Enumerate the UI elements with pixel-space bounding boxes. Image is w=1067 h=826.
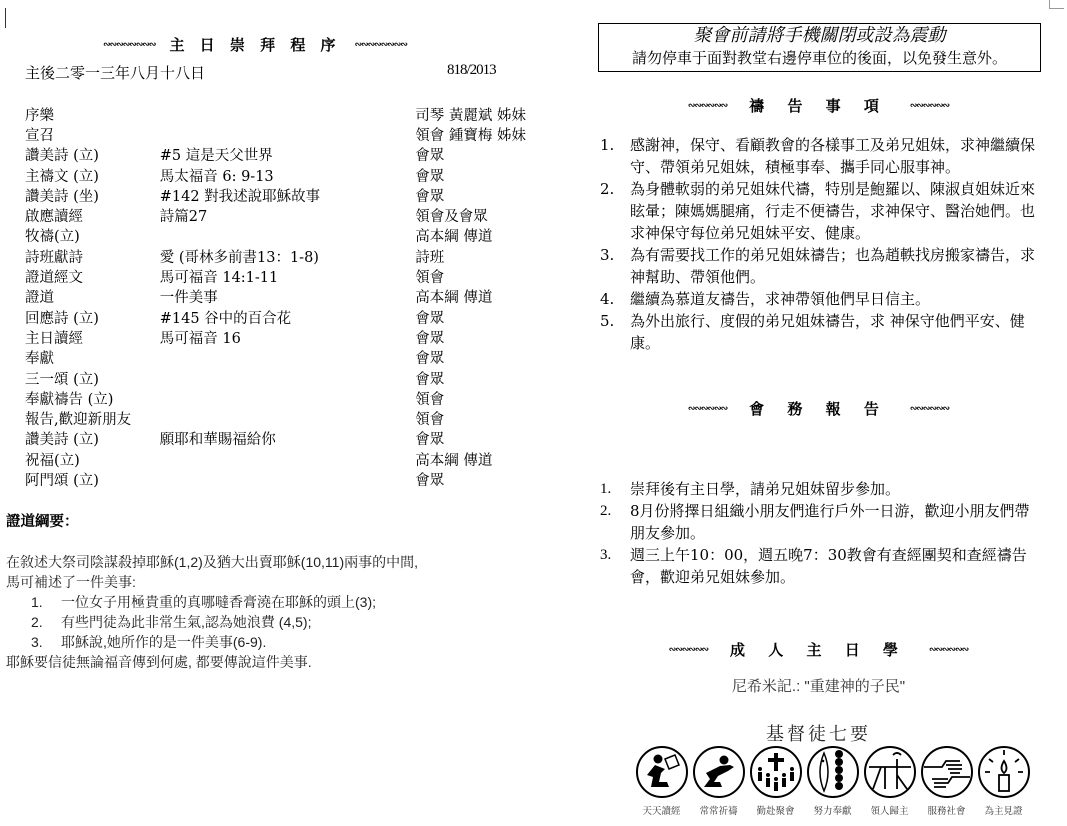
prayer-item: 3.為有需要找工作的弟兄姐妹禱告；也為趙軼找房搬家禱告，求神幫助、帶領他們。 bbox=[600, 244, 1040, 288]
ornament-divider-icon: ∾∾∾∾∾∾ bbox=[910, 404, 949, 414]
program-content: #142 對我述說耶穌故事 bbox=[160, 185, 416, 206]
news-item: 3.週三上午10：00，週五晚7：30教會有查經團契和查經禱告會，歡迎弟兄姐妹參… bbox=[600, 544, 1040, 588]
program-leader: 領會 鍾寶梅 姊妹 bbox=[415, 124, 545, 145]
program-leader: 高本綱 傳道 bbox=[415, 449, 545, 470]
essential-item: 常常祈禱 bbox=[691, 745, 746, 817]
prayer-item: 2.為身體軟弱的弟兄姐妹代禱，特別是鮑羅以、陳淑貞姐妹近來眩暈；陳媽媽腿痛，行走… bbox=[600, 178, 1040, 244]
program-row: 讚美詩 (立)#5 這是天父世界會眾 bbox=[25, 145, 545, 165]
sunday-school-subtitle: 尼希米記.: "重建神的子民" bbox=[598, 675, 1039, 696]
essential-item: 為主見證 bbox=[976, 745, 1031, 817]
program-item: 證道經文 bbox=[25, 266, 160, 287]
page-corner-mark bbox=[1049, 0, 1064, 9]
program-row: 宣召領會 鍾寶梅 姊妹 bbox=[25, 124, 545, 144]
outline-conclusion: 耶穌要信徒無論福音傳到何處, 都要傳說這件美事. bbox=[6, 652, 526, 672]
ornament-divider-icon: ∾∾∾∾∾∾∾∾ bbox=[103, 40, 155, 50]
program-item: 奉獻禱告 (立) bbox=[25, 388, 160, 409]
program-leader: 會眾 bbox=[415, 307, 545, 328]
bulletin-title-row: ∾∾∾∾∾∾∾∾ 主 日 崇 拜 程 序 ∾∾∾∾∾∾∾∾ bbox=[90, 34, 420, 55]
date-chinese: 主後二零一三年八月十八日 bbox=[25, 62, 205, 83]
essential-item: 勤赴聚會 bbox=[748, 745, 803, 817]
program-row: 證道經文馬可福音 14:1-11領會 bbox=[25, 266, 545, 286]
prayer-title: 禱 告 事 項 bbox=[749, 95, 888, 116]
ornament-divider-icon: ∾∾∾∾∾∾∾∾ bbox=[355, 40, 407, 50]
program-item: 奉獻 bbox=[25, 347, 160, 368]
praying-icon bbox=[692, 745, 746, 799]
program-leader: 會眾 bbox=[415, 185, 545, 206]
program-row: 祝福(立)高本綱 傳道 bbox=[25, 449, 545, 469]
seven-essentials-icons: 天天讀經 常常祈禱 勤赴聚會 努力奉獻 bbox=[634, 745, 1034, 817]
program-content: #5 這是天父世界 bbox=[160, 144, 416, 165]
program-item: 祝福(立) bbox=[25, 449, 160, 470]
program-item: 讚美詩 (坐) bbox=[25, 185, 160, 206]
program-row: 主日讀經馬可福音 16會眾 bbox=[25, 327, 545, 347]
program-row: 回應詩 (立)#145 谷中的百合花會眾 bbox=[25, 307, 545, 327]
leading-people-icon bbox=[863, 745, 917, 799]
outline-point: 2.有些門徒為此非常生氣,認為她浪費 (4,5); bbox=[6, 612, 526, 632]
essential-item: 服務社會 bbox=[919, 745, 974, 817]
program-item: 三一頌 (立) bbox=[25, 368, 160, 389]
news-title: 會 務 報 告 bbox=[749, 398, 888, 419]
program-item: 啟應讀經 bbox=[25, 205, 160, 226]
program-leader: 領會及會眾 bbox=[415, 205, 545, 226]
essential-item: 努力奉獻 bbox=[805, 745, 860, 817]
program-content: #145 谷中的百合花 bbox=[160, 307, 416, 328]
program-item: 主禱文 (立) bbox=[25, 165, 160, 186]
program-item: 讚美詩 (立) bbox=[25, 144, 160, 165]
sermon-outline-heading: 證道綱要： bbox=[6, 510, 79, 531]
program-row: 主禱文 (立)馬太福音 6: 9-13會眾 bbox=[25, 165, 545, 185]
program-row: 序樂司琴 黃麗斌 姊妹 bbox=[25, 104, 545, 124]
program-row: 牧禱(立)高本綱 傳道 bbox=[25, 226, 545, 246]
program-item: 宣召 bbox=[25, 124, 160, 145]
bulletin-title: 主 日 崇 拜 程 序 bbox=[169, 34, 340, 55]
program-item: 主日讀經 bbox=[25, 327, 160, 348]
date-numeric: 818/2013 bbox=[447, 62, 496, 79]
essential-item: 天天讀經 bbox=[634, 745, 689, 817]
program-content: 一件美事 bbox=[160, 286, 416, 307]
ornament-divider-icon: ∾∾∾∾∾∾ bbox=[669, 645, 708, 655]
outline-intro-1: 在敘述大祭司陰謀殺掉耶穌(1,2)及猶大出賣耶穌(10,11)兩事的中間, bbox=[6, 552, 526, 572]
program-item: 回應詩 (立) bbox=[25, 307, 160, 328]
program-content: 願耶和華賜福給你 bbox=[160, 428, 416, 449]
program-leader: 高本綱 傳道 bbox=[415, 225, 545, 246]
candle-witness-icon bbox=[977, 745, 1031, 799]
program-item: 讚美詩 (立) bbox=[25, 428, 160, 449]
news-section-heading: ∾∾∾∾∾∾ 會 務 報 告 ∾∾∾∾∾∾ bbox=[598, 398, 1039, 419]
program-leader: 領會 bbox=[415, 266, 545, 287]
prayer-section-heading: ∾∾∾∾∾∾ 禱 告 事 項 ∾∾∾∾∾∾ bbox=[598, 95, 1039, 116]
ornament-divider-icon: ∾∾∾∾∾∾ bbox=[910, 101, 949, 111]
program-row: 阿門頌 (立)會眾 bbox=[25, 469, 545, 489]
program-content: 愛 (哥林多前書13：1-8) bbox=[160, 246, 416, 267]
program-content: 詩篇27 bbox=[160, 205, 416, 226]
program-content: 馬太福音 6: 9-13 bbox=[160, 165, 416, 186]
ornament-divider-icon: ∾∾∾∾∾∾ bbox=[688, 101, 727, 111]
notice-box: 聚會前請將手機關閉或設為震動 請勿停車于面對教堂右邊停車位的後面，以免發生意外。 bbox=[598, 23, 1041, 72]
program-row: 報告,歡迎新朋友領會 bbox=[25, 408, 545, 428]
program-leader: 會眾 bbox=[415, 428, 545, 449]
program-row: 證道一件美事高本綱 傳道 bbox=[25, 287, 545, 307]
program-leader: 高本綱 傳道 bbox=[415, 286, 545, 307]
essential-item: 領人歸主 bbox=[862, 745, 917, 817]
program-row: 啟應讀經詩篇27領會及會眾 bbox=[25, 205, 545, 225]
program-leader: 領會 bbox=[415, 388, 545, 409]
prayer-item: 5.為外出旅行、度假的弟兄姐妹禱告，求 神保守他們平安、健康。 bbox=[600, 310, 1040, 354]
program-leader: 領會 bbox=[415, 408, 545, 429]
program-leader: 會眾 bbox=[415, 165, 545, 186]
program-leader: 會眾 bbox=[415, 144, 545, 165]
program-row: 奉獻禱告 (立)領會 bbox=[25, 388, 545, 408]
serving-hands-icon bbox=[920, 745, 974, 799]
parking-notice: 請勿停車于面對教堂右邊停車位的後面，以免發生意外。 bbox=[599, 47, 1040, 69]
outline-point: 3.耶穌說,她所作的是一件美事(6-9). bbox=[6, 632, 526, 652]
outline-intro-2: 馬可補述了一件美事: bbox=[6, 572, 526, 592]
program-row: 讚美詩 (坐)#142 對我述說耶穌故事會眾 bbox=[25, 185, 545, 205]
worship-program: 序樂司琴 黃麗斌 姊妹宣召領會 鍾寶梅 姊妹讚美詩 (立)#5 這是天父世界會眾… bbox=[25, 104, 545, 490]
prayer-item: 1.感謝神，保守、看顧教會的各樣事工及弟兄姐妹，求神繼續保守、帶領弟兄姐妹，積極… bbox=[600, 134, 1040, 178]
sunday-school-heading: ∾∾∾∾∾∾ 成 人 主 日 學 ∾∾∾∾∾∾ bbox=[598, 639, 1039, 660]
program-row: 詩班獻詩愛 (哥林多前書13：1-8)詩班 bbox=[25, 246, 545, 266]
reading-bible-icon bbox=[635, 745, 689, 799]
program-leader: 會眾 bbox=[415, 368, 545, 389]
program-leader: 詩班 bbox=[415, 246, 545, 267]
outline-point: 1.一位女子用極貴重的真哪噠香膏澆在耶穌的頭上(3); bbox=[6, 592, 526, 612]
news-item: 1.崇拜後有主日學，請弟兄姐妹留步參加。 bbox=[600, 478, 1040, 500]
ornament-divider-icon: ∾∾∾∾∾∾ bbox=[688, 404, 727, 414]
text-cursor bbox=[5, 8, 6, 28]
program-content: 馬可福音 14:1-11 bbox=[160, 266, 416, 287]
program-item: 阿門頌 (立) bbox=[25, 469, 160, 490]
program-row: 奉獻會眾 bbox=[25, 348, 545, 368]
program-row: 讚美詩 (立)願耶和華賜福給你會眾 bbox=[25, 429, 545, 449]
program-item: 證道 bbox=[25, 286, 160, 307]
program-item: 報告,歡迎新朋友 bbox=[25, 408, 160, 429]
program-leader: 司琴 黃麗斌 姊妹 bbox=[415, 104, 545, 125]
program-item: 詩班獻詩 bbox=[25, 246, 160, 267]
program-leader: 會眾 bbox=[415, 347, 545, 368]
news-list: 1.崇拜後有主日學，請弟兄姐妹留步參加。2.8月份將擇日組織小朋友們進行戶外一日… bbox=[600, 478, 1040, 588]
program-leader: 會眾 bbox=[415, 469, 545, 490]
program-row: 三一頌 (立)會眾 bbox=[25, 368, 545, 388]
sunday-school-title: 成 人 主 日 學 bbox=[730, 639, 907, 660]
prayer-item: 4.繼續為慕道友禱告，求神帶領他們早日信主。 bbox=[600, 288, 1040, 310]
seven-essentials-title: 基督徒七要 bbox=[598, 720, 1039, 746]
gathering-cross-icon bbox=[749, 745, 803, 799]
offering-fish-icon bbox=[806, 745, 860, 799]
phone-notice: 聚會前請將手機關閉或設為震動 bbox=[599, 25, 1040, 47]
program-item: 序樂 bbox=[25, 104, 160, 125]
sermon-outline: 在敘述大祭司陰謀殺掉耶穌(1,2)及猶大出賣耶穌(10,11)兩事的中間, 馬可… bbox=[6, 552, 526, 672]
program-item: 牧禱(立) bbox=[25, 225, 160, 246]
prayer-list: 1.感謝神，保守、看顧教會的各樣事工及弟兄姐妹，求神繼續保守、帶領弟兄姐妹，積極… bbox=[600, 134, 1040, 354]
program-content: 馬可福音 16 bbox=[160, 327, 416, 348]
ornament-divider-icon: ∾∾∾∾∾∾ bbox=[929, 645, 968, 655]
news-item: 2.8月份將擇日組織小朋友們進行戶外一日游，歡迎小朋友們帶朋友參加。 bbox=[600, 500, 1040, 544]
program-leader: 會眾 bbox=[415, 327, 545, 348]
